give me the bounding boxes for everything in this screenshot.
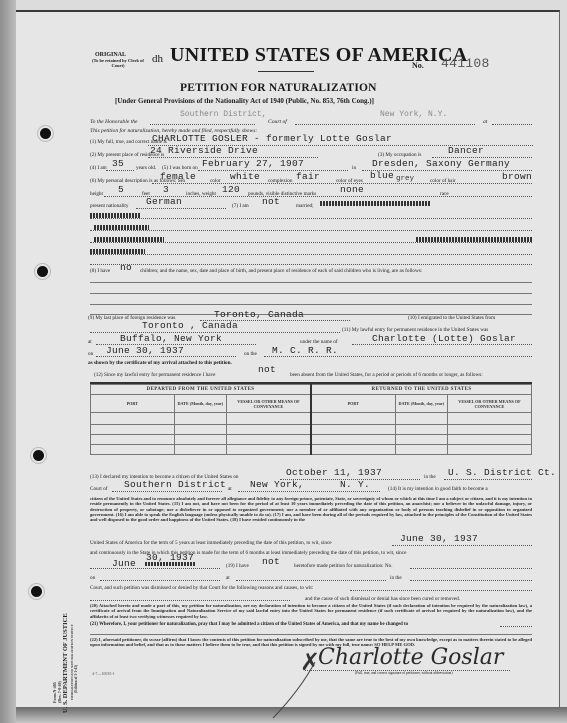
table-cell (311, 435, 395, 445)
table-cell (226, 425, 311, 435)
nationality-label: present nationality (90, 203, 128, 209)
height-inches-field: 3 (163, 184, 169, 195)
arrival-note: as shown by the certificate of my arriva… (88, 360, 232, 366)
prior-suffix: heretofore made petition for naturalizat… (294, 563, 393, 569)
age-suffix: years old. (136, 165, 156, 171)
children-suffix: children; and the name, sex, date and pl… (140, 268, 540, 274)
clerk-initials: dh (152, 53, 163, 65)
table-cell (447, 445, 531, 455)
table-cell (91, 413, 175, 425)
court-at-label: at (483, 119, 487, 125)
q14-label: (14) It is my intention in good faith to… (388, 486, 488, 492)
struck-out-text (145, 562, 195, 566)
struck-out-text (94, 237, 164, 242)
married-field: not (262, 196, 280, 207)
intention-city-line (238, 491, 380, 492)
prior-in-the-label: in the (390, 575, 402, 581)
marks-field: none (340, 184, 364, 195)
state-since-line (90, 568, 220, 569)
petition-subtitle: PETITION FOR NATURALIZATION (180, 82, 377, 94)
retained-note: (To be retained by Clerk of Court) (88, 58, 148, 68)
on-the-label: on the (244, 351, 257, 357)
table-cell (447, 435, 531, 445)
dismissed-text: Court, and such petition was dismissed o… (90, 585, 313, 591)
q10-label: (10) I emigrated to the United States fr… (408, 315, 495, 321)
intention-at-label: at (228, 486, 232, 492)
intention-court-line (444, 479, 532, 480)
punch-hole-1 (40, 128, 51, 139)
absent-field: not (258, 364, 276, 375)
print-code: 4-7—10035-1 (92, 671, 115, 676)
nationality-field: German (146, 196, 182, 207)
title-underline (258, 71, 314, 72)
typed-court-location: New York, N.Y. (380, 110, 447, 119)
table-cell (174, 413, 226, 425)
punch-hole-3 (33, 450, 44, 461)
birth-place-field: Dresden, Saxony Germany (372, 158, 510, 169)
court-of-label-2: Court of (90, 486, 107, 492)
dismissed-line (350, 590, 532, 591)
signature-caption: (Full, true, and correct signature of pe… (355, 671, 453, 676)
intention-state-field: N. Y. (340, 479, 370, 490)
col-port: PORT (311, 395, 395, 413)
emigrated-from-field: Toronto , Canada (142, 320, 238, 331)
dismissed-line-2 (90, 600, 290, 601)
prior-petition-field: not (262, 556, 280, 567)
prior-on-label: on (90, 575, 95, 581)
petition-number: 441108 (441, 56, 490, 71)
q4-label: (4) I am (90, 165, 107, 171)
nationality-line (136, 208, 226, 209)
table-cell (395, 435, 447, 445)
court-at-line (492, 124, 532, 125)
q7-label: (7) I am (232, 203, 249, 209)
children-field: no (120, 262, 132, 273)
residence-text: United States of America for the term of… (90, 540, 332, 546)
eyes-alt-field: grey (396, 175, 414, 183)
absent-suffix: been absent from the United States, for … (290, 372, 535, 378)
table-row (91, 425, 532, 435)
intention-district-line (112, 491, 222, 492)
married-suffix: married; (296, 203, 314, 209)
entry-port-field: Buffalo, New York (120, 333, 222, 344)
table-cell (91, 435, 175, 445)
col-vessel: VESSEL OR OTHER MEANS OF CONVEYANCE (226, 395, 311, 413)
court-of-label: Court of (268, 119, 287, 125)
q21-text: (21) Wherefore, I, your petitioner for n… (90, 622, 490, 627)
prior-no-line (410, 568, 532, 569)
table-cell (174, 445, 226, 455)
petitioner-signature: Charlotte Goslar (318, 645, 503, 670)
table-cell (311, 445, 395, 455)
table-cell (174, 425, 226, 435)
hair-field: brown (502, 171, 532, 182)
weight-field: 120 (222, 184, 240, 195)
intention-city-field: New York, (250, 479, 304, 490)
departed-header: DEPARTED FROM THE UNITED STATES (91, 385, 311, 395)
prior-place-line (236, 580, 386, 581)
struck-out-text (90, 213, 140, 218)
in-the-label: in the (424, 474, 436, 480)
entry-name-field: Charlotte (Lotte) Goslar (372, 333, 516, 344)
cured-text: and the cause of such dismissal or denia… (305, 596, 460, 602)
table-row (91, 445, 532, 455)
prior-at-label: at (226, 575, 230, 581)
struck-out-text (94, 225, 149, 230)
col-vessel: VESSEL OR OTHER MEANS OF CONVEYANCE (447, 395, 531, 413)
spouse-line-4 (90, 254, 532, 255)
spouse-line-1 (90, 218, 532, 219)
entry-date-line (96, 356, 236, 357)
residence-since-line (392, 545, 532, 546)
table-cell (395, 445, 447, 455)
table-cell (174, 435, 226, 445)
col-date: DATE (Month, day, year) (174, 395, 226, 413)
table-cell (91, 445, 175, 455)
complexion-field: fair (296, 171, 320, 182)
court-of-line (295, 124, 475, 125)
struck-out-text (320, 201, 430, 206)
spouse-line-2 (90, 230, 532, 231)
punch-hole-4 (31, 586, 42, 597)
stray-pen-stroke (270, 660, 320, 720)
table-cell (311, 413, 395, 425)
age-field: 35 (112, 158, 124, 169)
height-feet-field: 5 (118, 184, 124, 195)
children-line-3 (90, 304, 532, 305)
age-line (106, 170, 134, 171)
children-line-1 (90, 282, 532, 283)
q20-text: (20) Attached hereto and made a part of … (90, 603, 532, 619)
entry-on-label: on (88, 351, 93, 357)
struck-out-text (90, 249, 145, 254)
sex-field: female (160, 171, 196, 182)
color-field: white (230, 171, 260, 182)
height-label: height (90, 191, 103, 197)
birth-date-line (198, 170, 348, 171)
birth-in-label: in (352, 165, 356, 171)
department-label: U. S. DEPARTMENT OF JUSTICE (62, 613, 69, 713)
entry-date-field: June 30, 1937 (106, 345, 184, 356)
table-cell (226, 445, 311, 455)
q21-rule (90, 634, 532, 635)
travel-table: DEPARTED FROM THE UNITED STATES RETURNED… (90, 384, 532, 455)
punch-hole-2 (37, 266, 48, 277)
children-line-2 (90, 293, 532, 294)
prior-court-line (410, 580, 532, 581)
table-cell (395, 425, 447, 435)
vessel-field: M. C. R. R. (272, 345, 338, 356)
prior-date-line (100, 580, 220, 581)
struck-out-text (416, 237, 532, 242)
full-name-field: CHARLOTTE GOSLER - formerly Lotte Goslar (152, 133, 392, 144)
foreign-residence-field: Toronto, Canada (214, 309, 304, 320)
table-cell (395, 413, 447, 425)
entry-name-line (352, 344, 532, 345)
number-label: No. (412, 61, 424, 70)
table-cell (226, 413, 311, 425)
col-date: DATE (Month, day, year) (395, 395, 447, 413)
q12-label: (12) Since my lawful entry for permanent… (94, 372, 215, 378)
table-cell (447, 413, 531, 425)
table-cell (226, 435, 311, 445)
spouse-line-5 (90, 264, 532, 265)
occupation-field: Dancer (448, 145, 484, 156)
vessel-line (264, 356, 532, 357)
returned-header: RETURNED TO THE UNITED STATES (311, 385, 532, 395)
eyes-field: blue (370, 170, 394, 181)
honorable-label: To the Honorable the (90, 119, 138, 125)
typed-court: Southern District, (180, 110, 266, 119)
table-cell (447, 425, 531, 435)
table-row (91, 435, 532, 445)
name-change-line (500, 626, 532, 627)
table-cell (91, 425, 175, 435)
residence-field: 24 Riverside Drive (150, 145, 258, 156)
oath-text: citizen of the United States and to reno… (90, 496, 532, 522)
intention-district-field: Southern District (124, 479, 226, 490)
birth-date-field: February 27, 1907 (202, 158, 304, 169)
provision-text: [Under General Provisions of the Nationa… (115, 97, 374, 105)
court-name-line (150, 124, 255, 125)
residence-since-field: June 30, 1937 (400, 533, 478, 544)
table-cell (311, 425, 395, 435)
q8-label: (8) I have (90, 268, 110, 274)
entry-at-label: at (88, 339, 92, 345)
scan-left-edge (0, 0, 16, 723)
table-row (91, 413, 532, 425)
col-port: PORT (91, 395, 175, 413)
intention-date-field: October 11, 1937 (286, 467, 382, 478)
q19-label: (19) I have (226, 563, 249, 569)
spouse-line-3 (90, 242, 532, 243)
edition-label: (Edition of 3-1-41) (74, 665, 78, 693)
intention-court-field: U. S. District Ct. (448, 467, 556, 478)
